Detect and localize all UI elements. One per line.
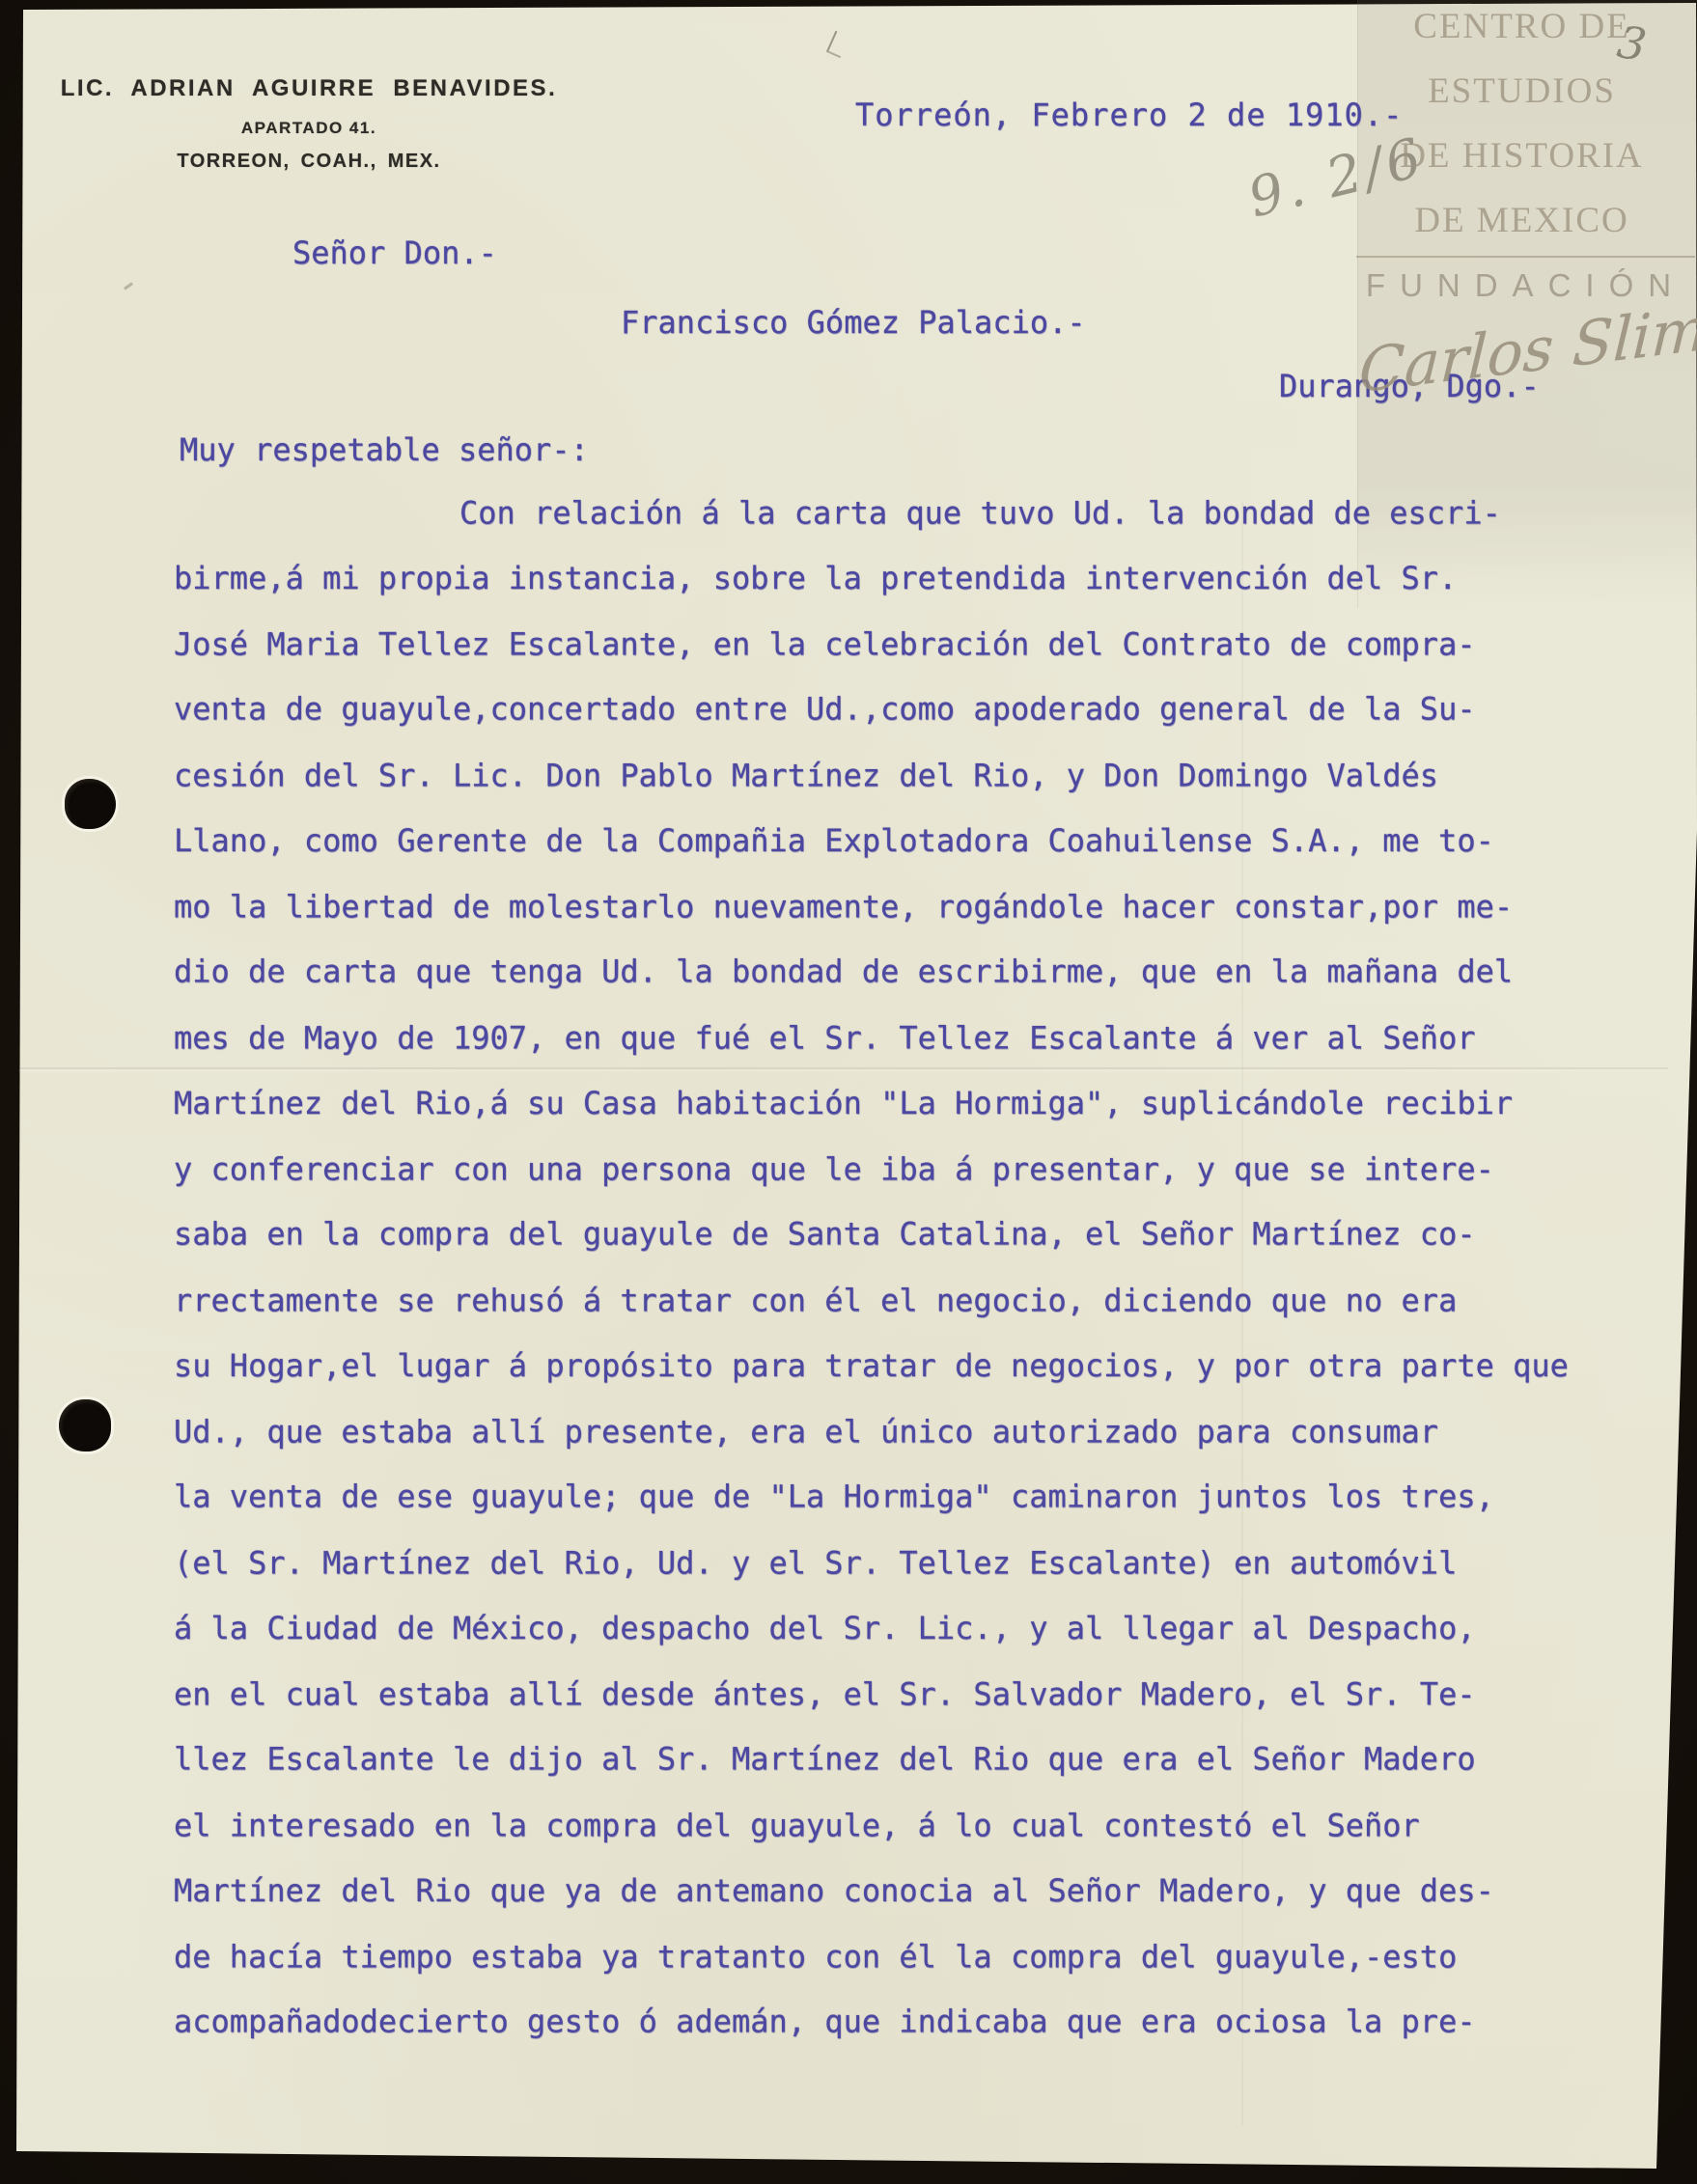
body-line: Con relación á la carta que tuvo Ud. la … [174,481,1569,546]
body-line: la venta de ese guayule; que de "La Horm… [174,1464,1569,1530]
body-line: Martínez del Rio que ya de antemano cono… [174,1858,1569,1923]
body-line: Ud., que estaba allí presente, era el ún… [174,1399,1569,1465]
body-line: mo la libertad de molestarlo nuevamente,… [174,874,1569,940]
letterhead-po-box: APARTADO 41. [58,119,560,138]
body-line: (el Sr. Martínez del Rio, Ud. y el Sr. T… [174,1531,1569,1596]
body-line: cesión del Sr. Lic. Don Pablo Martínez d… [174,743,1569,809]
greeting-line: Muy respetable señor-: [180,431,589,468]
body-line: venta de guayule,concertado entre Ud.,co… [174,677,1569,742]
body-line: á la Ciudad de México, despacho del Sr. … [174,1595,1569,1661]
recipient-name: Francisco Gómez Palacio.- [621,304,1086,341]
body-line: de hacía tiempo estaba ya tratanto con é… [174,1924,1569,1990]
letterhead: LIC. ADRIAN AGUIRRE BENAVIDES. APARTADO … [58,75,560,173]
body-line: el interesado en la compra del guayule, … [174,1793,1569,1859]
recipient-salutation: Señor Don.- [292,235,497,271]
body-line: José Maria Tellez Escalante, en la celeb… [174,612,1569,677]
body-line: Martínez del Rio,á su Casa habitación "L… [174,1070,1569,1136]
letterhead-city: TORREON, COAH., MEX. [58,151,560,173]
letter-body: Con relación á la carta que tuvo Ud. la … [174,480,1569,2055]
body-line: dio de carta que tenga Ud. la bondad de … [174,939,1569,1005]
body-line: saba en la compra del guayule de Santa C… [174,1202,1569,1267]
body-line: rrectamente se rehusó á tratar con él el… [174,1268,1569,1334]
scanned-letter-page: LIC. ADRIAN AGUIRRE BENAVIDES. APARTADO … [0,0,1697,2184]
body-line: su Hogar,el lugar á propósito para trata… [174,1333,1569,1398]
punch-hole-bottom [59,1399,111,1451]
body-line: y conferenciar con una persona que le ib… [174,1137,1569,1203]
body-line: llez Escalante le dijo al Sr. Martínez d… [174,1727,1569,1792]
letterhead-name: LIC. ADRIAN AGUIRRE BENAVIDES. [58,75,560,102]
body-line: birme,á mi propia instancia, sobre la pr… [174,545,1569,611]
body-line: mes de Mayo de 1907, en que fué el Sr. T… [174,1006,1569,1071]
recipient-city: Durango, Dgo.- [1279,368,1540,404]
body-line: acompañadodecierto gesto ó ademán, que i… [174,1989,1569,2055]
body-line: Llano, como Gerente de la Compañia Explo… [174,808,1569,873]
body-line: en el cual estaba allí desde ántes, el S… [174,1662,1569,1728]
punch-hole-top [65,779,116,829]
date-line: Torreón, Febrero 2 de 1910.- [855,97,1403,133]
